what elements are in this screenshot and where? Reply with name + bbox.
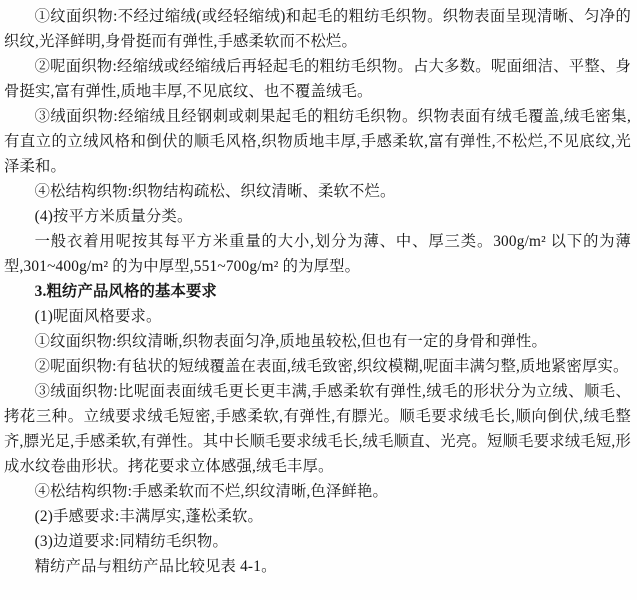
paragraph-weight-ranges: 一般衣着用呢按其每平方米重量的大小,划分为薄、中、厚三类。300g/m² 以下的… xyxy=(4,229,631,279)
paragraph-wenmian-def: ①纹面织物:不经过缩绒(或经轻缩绒)和起毛的粗纺毛织物。织物表面呈现清晰、匀净的… xyxy=(4,4,631,54)
paragraph-wenmian-requirement: ①纹面织物:织纹清晰,织物表面匀净,质地虽较松,但也有一定的身骨和弹性。 xyxy=(4,329,631,354)
paragraph-weight-classification-title: (4)按平方米质量分类。 xyxy=(4,204,631,229)
document-page: ①纹面织物:不经过缩绒(或经轻缩绒)和起毛的粗纺毛织物。织物表面呈现清晰、匀净的… xyxy=(0,0,637,600)
section-heading-style-requirements: 3.粗纺产品风格的基本要求 xyxy=(4,279,631,304)
paragraph-rongmian-requirement: ③绒面织物:比呢面表面绒毛更长更丰满,手感柔软有弹性,绒毛的形状分为立绒、顺毛、… xyxy=(4,379,631,479)
paragraph-table-reference: 精纺产品与粗纺产品比较见表 4-1。 xyxy=(4,554,631,579)
paragraph-nimian-def: ②呢面织物:经缩绒或经缩绒后再轻起毛的粗纺毛织物。占大多数。呢面细洁、平整、身骨… xyxy=(4,54,631,104)
paragraph-rongmian-def: ③绒面织物:经缩绒且经钢刺或刺果起毛的粗纺毛织物。织物表面有绒毛覆盖,绒毛密集,… xyxy=(4,104,631,179)
paragraph-songjiegou-def: ④松结构织物:织物结构疏松、织纹清晰、柔软不烂。 xyxy=(4,179,631,204)
paragraph-selvage-requirement: (3)边道要求:同精纺毛织物。 xyxy=(4,529,631,554)
paragraph-nimian-style-title: (1)呢面风格要求。 xyxy=(4,304,631,329)
paragraph-hand-feel-requirement: (2)手感要求:丰满厚实,蓬松柔软。 xyxy=(4,504,631,529)
paragraph-nimian-requirement: ②呢面织物:有毡状的短绒覆盖在表面,绒毛致密,织纹模糊,呢面丰满匀整,质地紧密厚… xyxy=(4,354,631,379)
paragraph-songjiegou-requirement: ④松结构织物:手感柔软而不烂,织纹清晰,色泽鲜艳。 xyxy=(4,479,631,504)
